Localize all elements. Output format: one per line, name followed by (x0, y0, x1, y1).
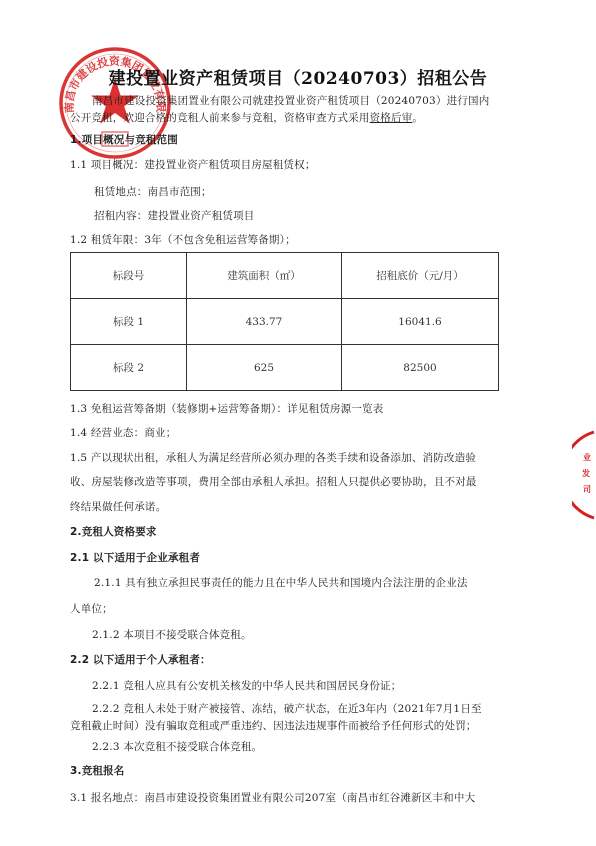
svg-text:发: 发 (581, 468, 590, 478)
reserve-price: 16041.6 (342, 299, 499, 345)
building-area: 433.77 (187, 299, 342, 345)
section-3-1: 3.1 报名地点：南昌市建设投资集团置业有限公司207室（南昌市红谷滩新区丰和中… (70, 791, 475, 805)
section-1-5-line-1: 1.5 产以现状出租，承租人为满足经营所必须办理的各类手续和设备添加、消防改造验 (70, 451, 476, 465)
section-2-1-1-line-1: 2.1.1 具有独立承担民事责任的能力且在中华人民共和国境内合法注册的企业法 (94, 576, 468, 590)
lease-location: 租赁地点：南昌市范围； (94, 185, 212, 199)
table-row: 标段 1 433.77 16041.6 (71, 299, 499, 345)
building-area: 625 (187, 345, 342, 391)
intro-line-2: 公开竞租，欢迎合格的竞租人前来参与竞租，资格审查方式采用资格后审。 (70, 111, 423, 125)
section-1-2: 1.2 租赁年限：3年（不包含免租运营筹备期）； (70, 233, 296, 247)
section-2-1: 2.1 以下适用于企业承租者 (70, 551, 200, 565)
lot-number: 标段 2 (71, 345, 187, 391)
section-1-1: 1.1 项目概况：建投置业资产租赁项目房屋租赁权； (70, 158, 316, 172)
section-1-4: 1.4 经营业态：商业； (70, 426, 176, 440)
header-lot-number: 标段号 (71, 253, 187, 299)
header-building-area: 建筑面积（㎡） (187, 253, 342, 299)
page-title: 建投置业资产租赁项目（20240703）招租公告 (0, 64, 596, 89)
section-1-heading: 1.项目概况与竞租范围 (70, 133, 178, 147)
intro-line-2-text: 公开竞租，欢迎合格的竞租人前来参与竞租，资格审查方式采用 (70, 112, 370, 124)
table-row: 标段 2 625 82500 (71, 345, 499, 391)
section-3-heading: 3.竞租报名 (70, 764, 125, 778)
lease-lots-table: 标段号 建筑面积（㎡） 招租底价（元/月） 标段 1 433.77 16041.… (70, 252, 499, 391)
section-2-heading: 2.竞租人资格要求 (70, 525, 157, 539)
section-2-2: 2.2 以下适用于个人承租者： (70, 653, 211, 667)
section-2-1-1-line-2: 人单位； (70, 602, 113, 616)
svg-text:业: 业 (583, 452, 591, 462)
intro-line-2-end: 。 (412, 112, 423, 124)
reserve-price: 82500 (342, 345, 499, 391)
lease-content: 招租内容：建投置业资产租赁项目 (94, 209, 255, 223)
section-1-5-line-3: 终结果做任何承诺。 (70, 500, 166, 514)
section-2-2-2-line-2: 竞租截止时间）没有骗取竞租或严重违约、因违法违规事件而被给予任何形式的处罚； (70, 719, 477, 733)
section-2-1-2: 2.1.2 本项目不接受联合体竞租。 (92, 628, 252, 642)
section-2-2-2-line-1: 2.2.2 竞租人未处于财产被接管、冻结，破产状态，在近3年内（2021年7月1… (92, 702, 482, 716)
intro-line-1: 南昌市建设投资集团置业有限公司就建投置业资产租赁项目（20240703）进行国内 (92, 94, 489, 108)
partial-seal-stamp: 业 发 司 (572, 430, 596, 520)
section-2-2-1: 2.2.1 竞租人应具有公安机关核发的中华人民共和国居民身份证； (92, 679, 401, 693)
section-2-2-3: 2.2.3 本次竞租不接受联合体竞租。 (92, 740, 262, 754)
header-reserve-price: 招租底价（元/月） (342, 253, 499, 299)
table-header-row: 标段号 建筑面积（㎡） 招租底价（元/月） (71, 253, 499, 299)
section-1-5-line-2: 收、房屋装修改造等事项，费用全部由承租人承担。招租人只提供必要协助，且不对最 (70, 475, 477, 489)
lot-number: 标段 1 (71, 299, 187, 345)
qualification-review-method: 资格后审 (370, 112, 413, 124)
svg-text:司: 司 (583, 484, 591, 494)
section-1-3: 1.3 免租运营筹备期（装修期+运营筹备期）：详见租赁房源一览表 (70, 402, 383, 416)
